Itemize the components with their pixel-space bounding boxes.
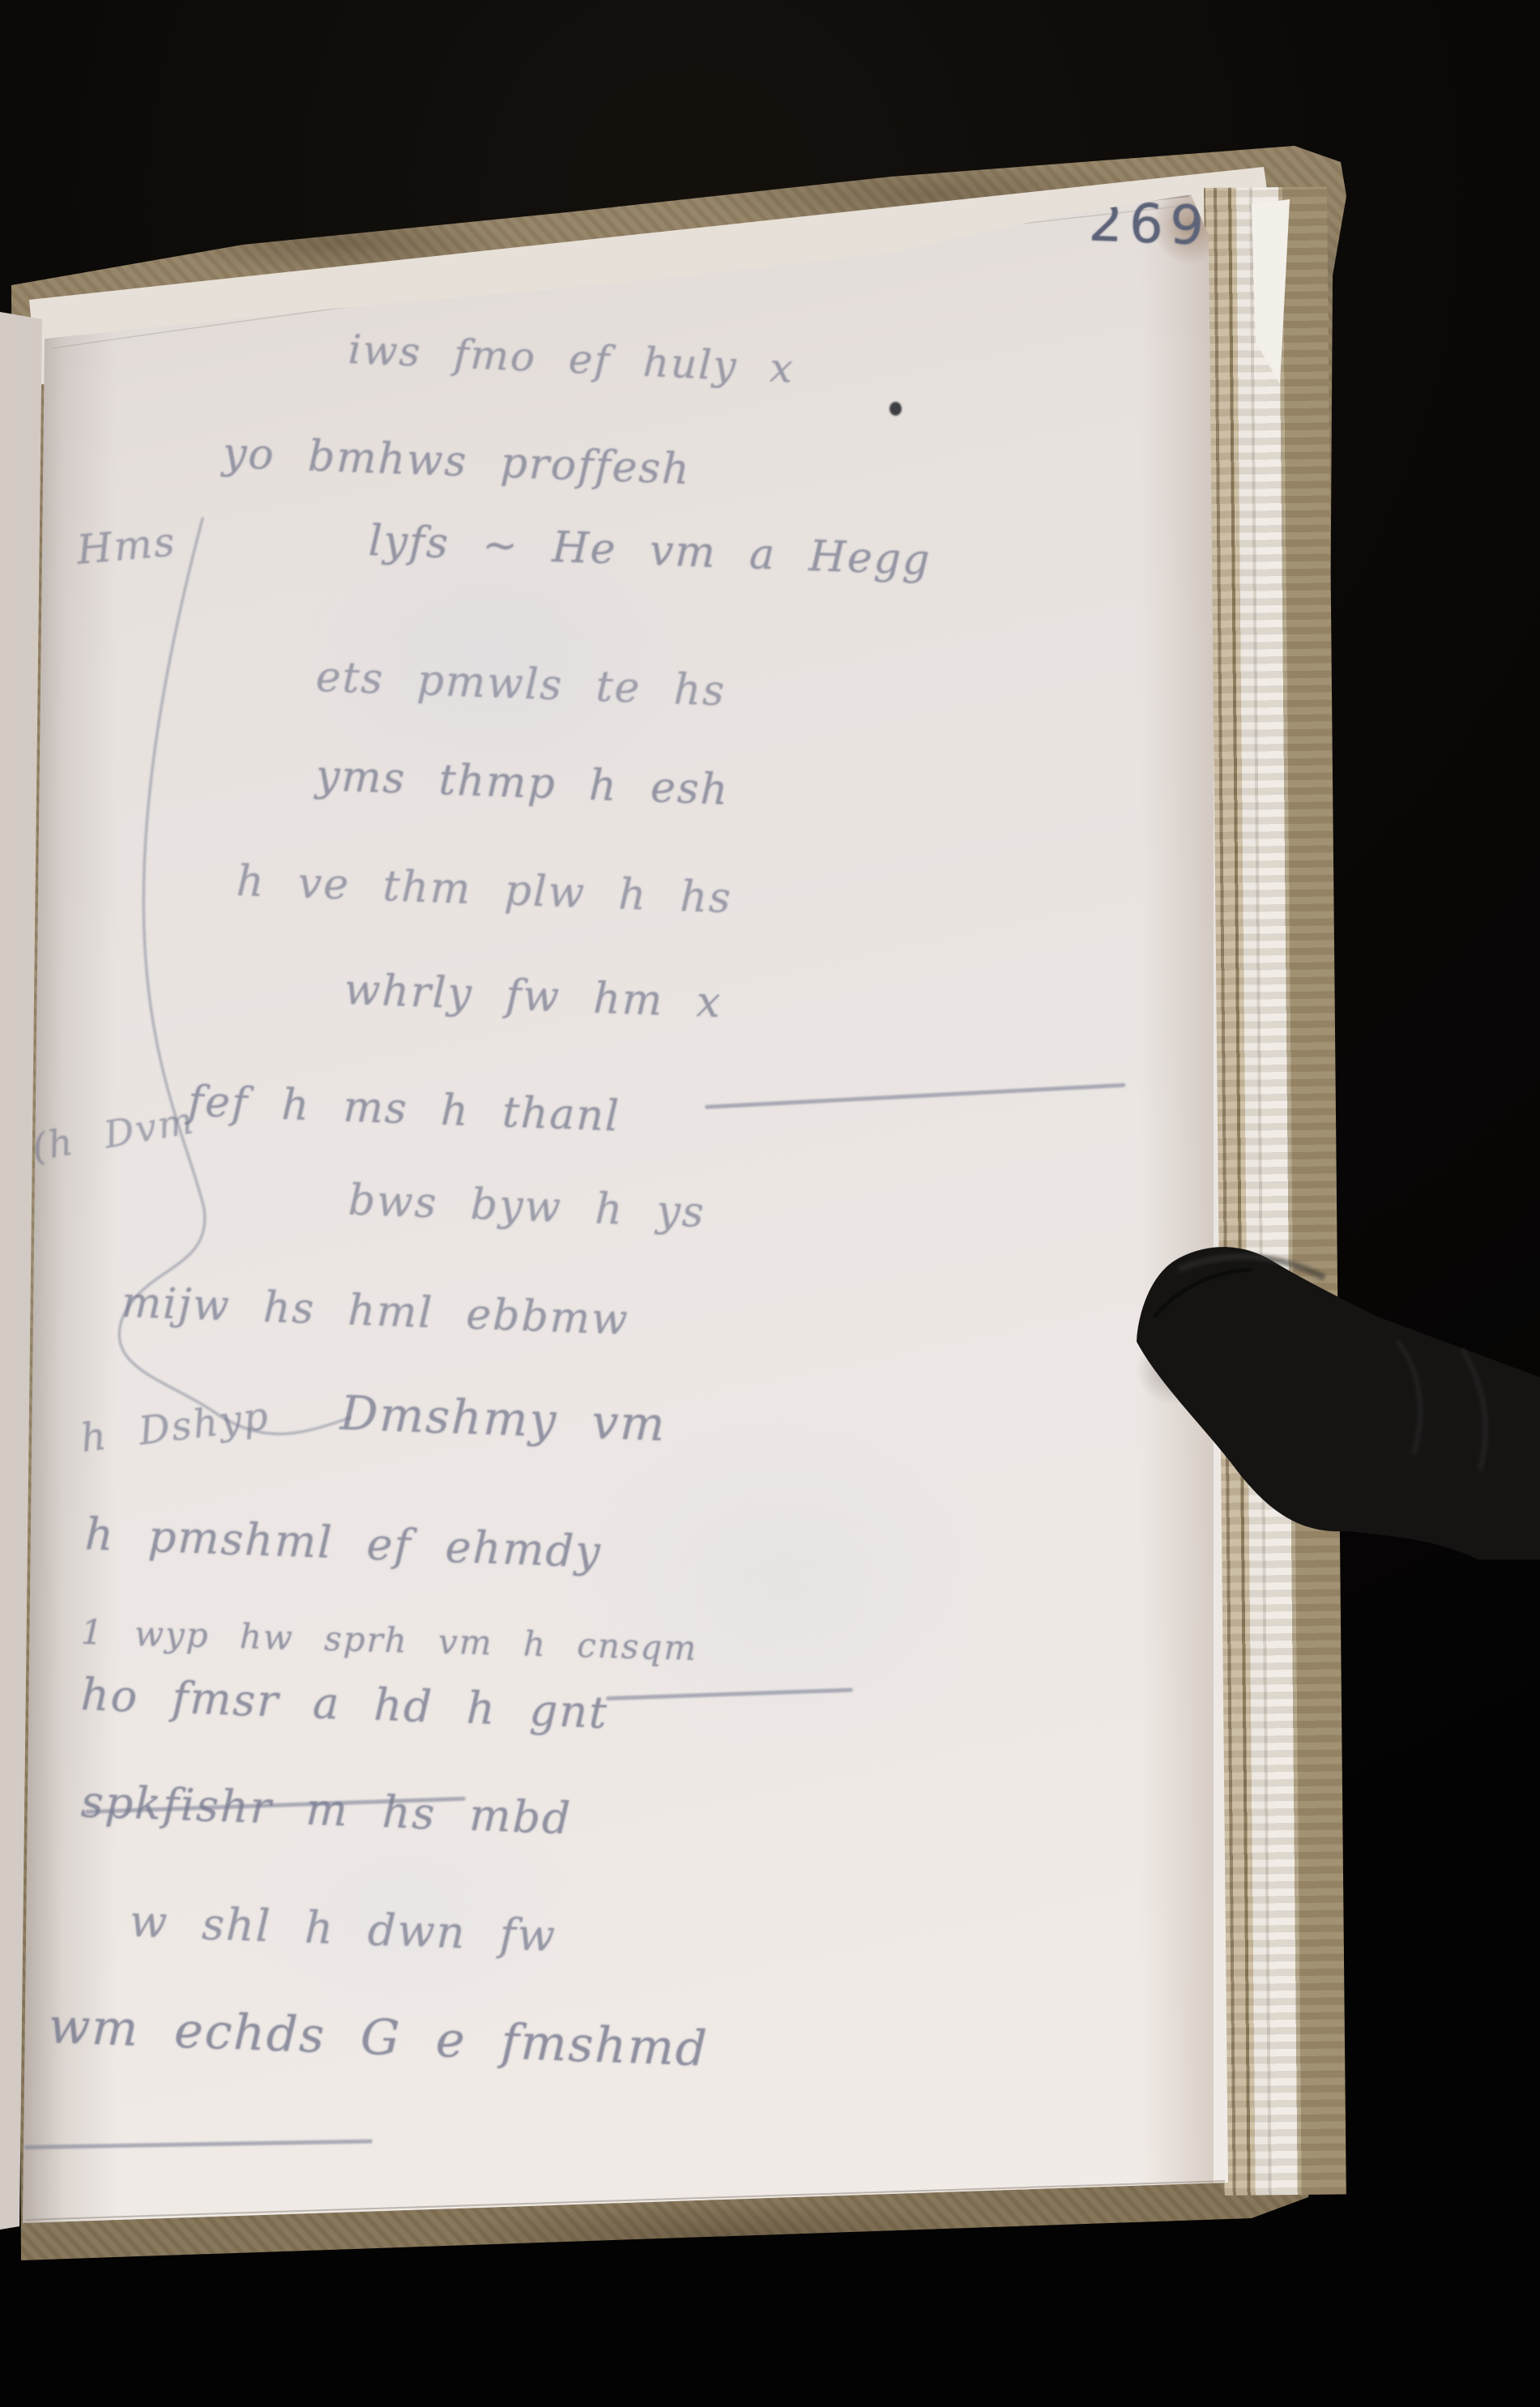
- ink-dot: [889, 402, 902, 416]
- gloved-finger: [1130, 1219, 1540, 1560]
- archival-photo-notebook-page: iws fmo ef huly xyo bmhws proffeshHmslyf…: [0, 0, 1540, 2407]
